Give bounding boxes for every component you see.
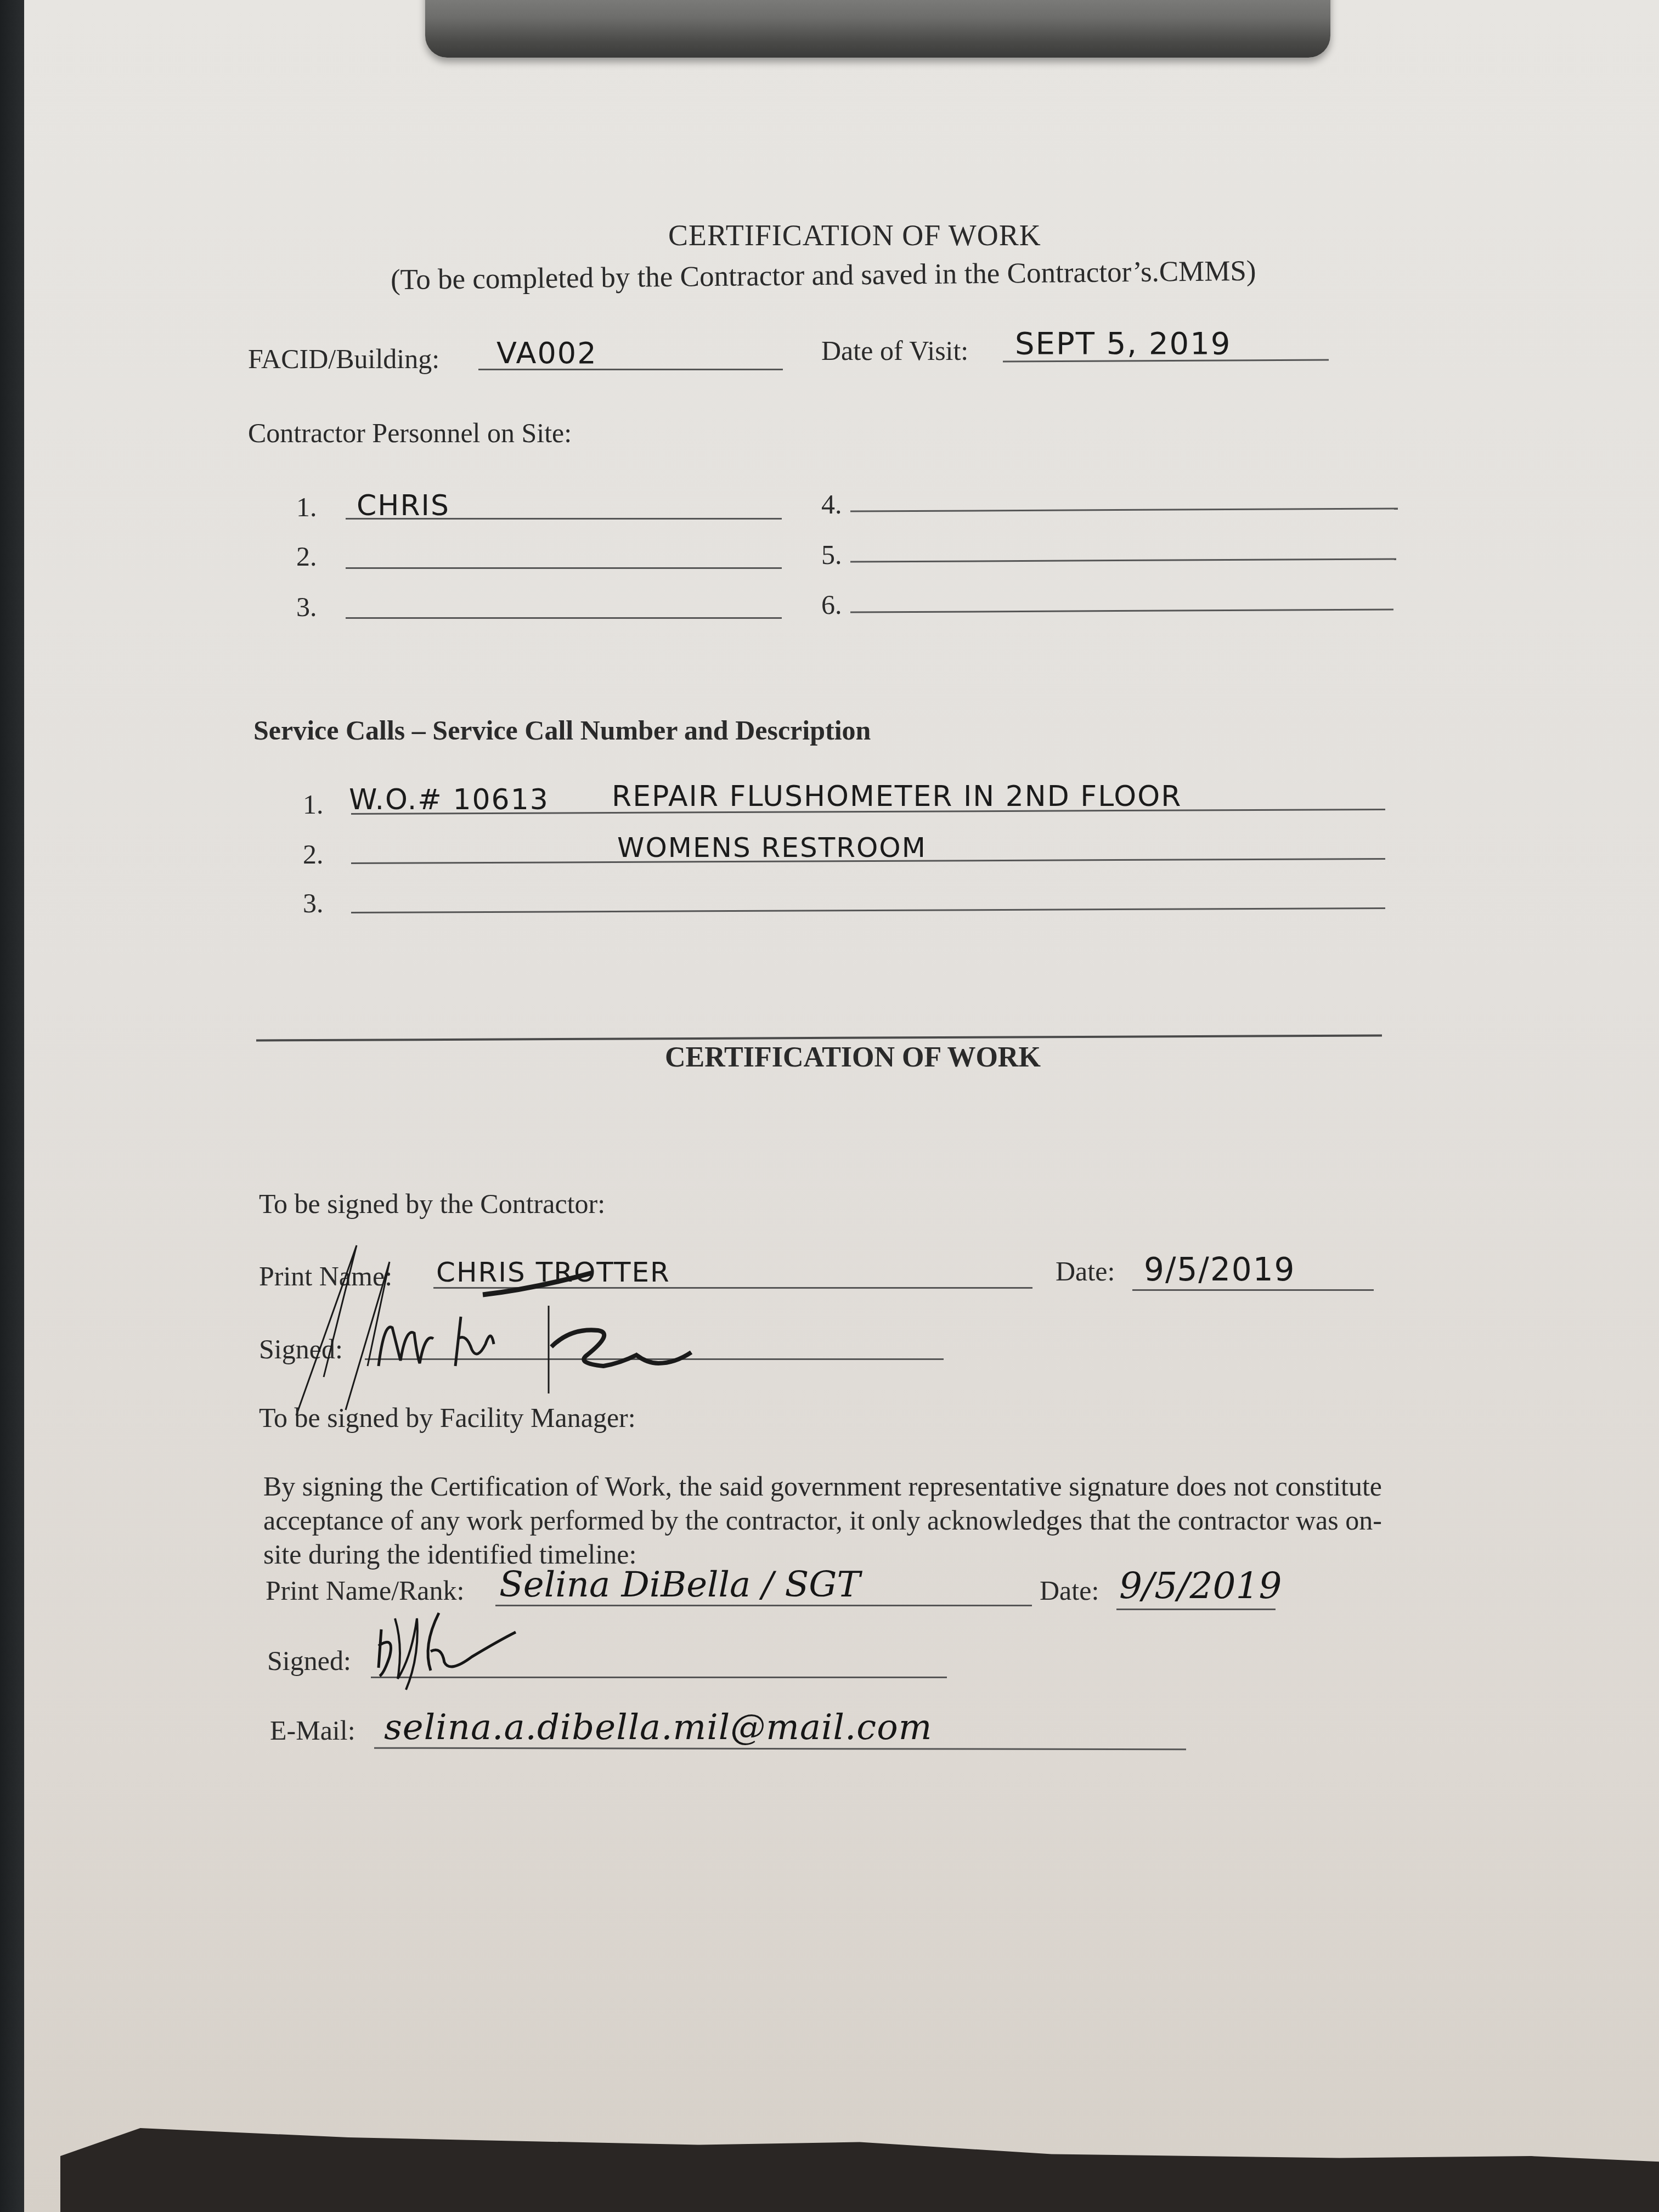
personnel-field-1[interactable]: CHRIS — [357, 489, 450, 522]
service-call-num-1: 1. — [303, 788, 324, 820]
contractor-signature[interactable] — [274, 1240, 823, 1421]
email-field[interactable]: selina.a.dibella.mil@mail.com — [384, 1707, 932, 1748]
service-call-num-2: 2. — [303, 838, 324, 870]
personnel-num-2: 2. — [296, 540, 317, 572]
fm-signed-label: Signed: — [267, 1645, 351, 1677]
clipboard-edge — [0, 0, 24, 2212]
contractor-date-label: Date: — [1056, 1255, 1115, 1287]
personnel-num-6: 6. — [821, 589, 842, 620]
form-title: CERTIFICATION OF WORK — [668, 218, 1041, 252]
certification-heading: CERTIFICATION OF WORK — [665, 1041, 1041, 1074]
date-of-visit-field[interactable]: SEPT 5, 2019 — [1015, 326, 1231, 362]
personnel-num-1: 1. — [296, 491, 317, 523]
service-calls-heading: Service Calls – Service Call Number and … — [253, 714, 871, 746]
email-label: E-Mail: — [270, 1714, 356, 1746]
service-call-wo-number-1[interactable]: W.O.# 10613 — [349, 783, 549, 816]
fm-date-label: Date: — [1040, 1575, 1099, 1606]
personnel-field-2[interactable] — [346, 567, 782, 569]
personnel-num-5: 5. — [821, 539, 842, 571]
service-call-num-3: 3. — [303, 887, 324, 919]
personnel-field-3[interactable] — [346, 617, 782, 619]
facid-field[interactable]: VA002 — [496, 336, 597, 370]
fm-print-name-label: Print Name/Rank: — [266, 1575, 464, 1606]
date-of-visit-label: Date of Visit: — [821, 335, 968, 366]
fm-date-field-line — [1116, 1609, 1276, 1610]
facid-label: FACID/Building: — [248, 343, 439, 375]
service-call-description-1[interactable]: REPAIR FLUSHOMETER IN 2ND FLOOR — [612, 780, 1182, 813]
service-call-description-2[interactable]: WOMENS RESTROOM — [617, 832, 927, 864]
contractor-sign-heading: To be signed by the Contractor: — [259, 1188, 605, 1220]
paper-form — [22, 0, 1659, 2212]
fm-print-name-field[interactable]: Selina DiBella / SGT — [499, 1565, 860, 1605]
disclaimer-text: By signing the Certification of Work, th… — [263, 1469, 1415, 1571]
facility-manager-heading: To be signed by Facility Manager: — [259, 1402, 636, 1434]
personnel-num-4: 4. — [821, 488, 842, 520]
personnel-heading: Contractor Personnel on Site: — [248, 417, 572, 449]
fm-date-field[interactable]: 9/5/2019 — [1119, 1565, 1282, 1607]
fm-signature[interactable] — [373, 1613, 592, 1706]
personnel-num-3: 3. — [296, 591, 317, 623]
clipboard-clip — [425, 0, 1330, 58]
contractor-date-field[interactable]: 9/5/2019 — [1144, 1251, 1296, 1288]
contractor-date-field-line — [1132, 1289, 1374, 1291]
